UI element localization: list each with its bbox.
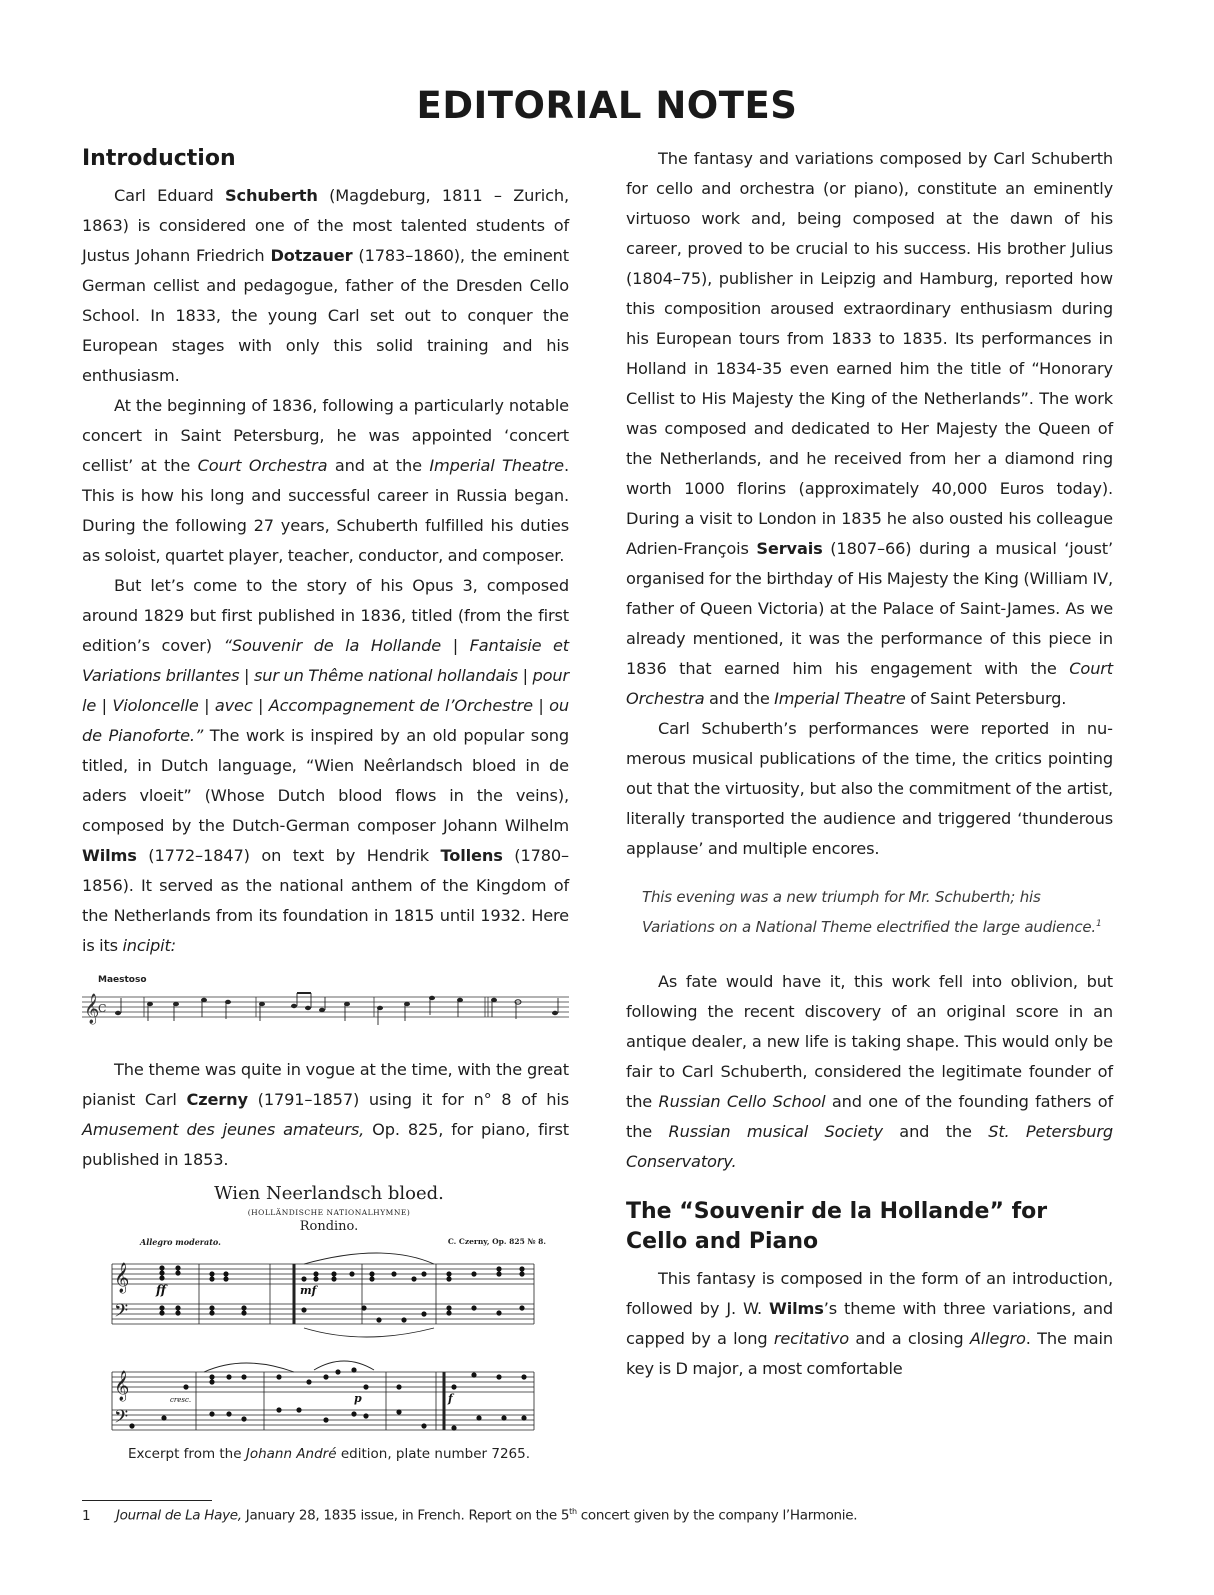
page-title: EDITORIAL NOTES xyxy=(0,84,1214,127)
musical-incipit: Maestoso 𝄞 C xyxy=(82,975,569,1031)
score-title: Wien Neerlandsch bloed. xyxy=(104,1183,554,1204)
blockquote: This evening was a new triumph for Mr. S… xyxy=(642,884,1113,941)
section-heading-souvenir: The “Souvenir de la Hollande” for Cello … xyxy=(626,1197,1113,1257)
paragraph: Carl Schuberth’s performances were repor… xyxy=(626,714,1113,864)
paragraph: The fantasy and variations composed by C… xyxy=(626,144,1113,714)
score-form: Rondino. xyxy=(104,1219,554,1234)
left-column: Introduction Carl Eduard Schuberth (Magd… xyxy=(82,144,569,1462)
score-caption: Excerpt from the Johann André edition, p… xyxy=(104,1446,554,1462)
incipit-tempo-label: Maestoso xyxy=(98,975,147,985)
paragraph: But let’s come to the story of his Opus … xyxy=(82,571,569,961)
svg-text:ff: ff xyxy=(155,1283,168,1297)
piano-score-icon: 𝄞 𝄢 𝄞 𝄢 xyxy=(104,1242,554,1438)
svg-text:C: C xyxy=(98,1002,106,1015)
paragraph: As fate would have it, this work fell in… xyxy=(626,967,1113,1177)
footnote-number: 1 xyxy=(82,1508,116,1524)
paragraph: This fantasy is composed in the form of … xyxy=(626,1264,1113,1384)
svg-text:𝄢: 𝄢 xyxy=(114,1301,128,1326)
right-column: The fantasy and variations composed by C… xyxy=(626,144,1113,1384)
section-heading-introduction: Introduction xyxy=(82,144,569,174)
score-subtitle: (HOLLÄNDISCHE NATIONALHYMNE) xyxy=(104,1208,554,1217)
svg-text:𝄞: 𝄞 xyxy=(114,1262,129,1294)
svg-text:𝄞: 𝄞 xyxy=(114,1370,129,1402)
svg-text:mf: mf xyxy=(300,1284,319,1297)
score-opus: C. Czerny, Op. 825 № 8. xyxy=(448,1237,546,1246)
svg-text:𝄢: 𝄢 xyxy=(114,1407,128,1432)
footnote-ref[interactable]: 1 xyxy=(1096,919,1102,929)
paragraph: Carl Eduard Schuberth (Magdeburg, 1811 –… xyxy=(82,181,569,391)
svg-text:cresc.: cresc. xyxy=(170,1396,191,1404)
footnote-divider xyxy=(82,1500,212,1501)
paragraph: The theme was quite in vogue at the time… xyxy=(82,1055,569,1175)
incipit-staff-icon: 𝄞 C xyxy=(82,989,569,1029)
paragraph: At the beginning of 1836, following a pa… xyxy=(82,391,569,571)
footnote: 1Journal de La Haye, January 28, 1835 is… xyxy=(82,1507,857,1524)
score-excerpt: Wien Neerlandsch bloed. (HOLLÄNDISCHE NA… xyxy=(104,1183,554,1462)
svg-text:p: p xyxy=(354,1392,362,1405)
svg-text:f: f xyxy=(447,1392,455,1405)
score-tempo: Allegro moderato. xyxy=(140,1237,221,1247)
